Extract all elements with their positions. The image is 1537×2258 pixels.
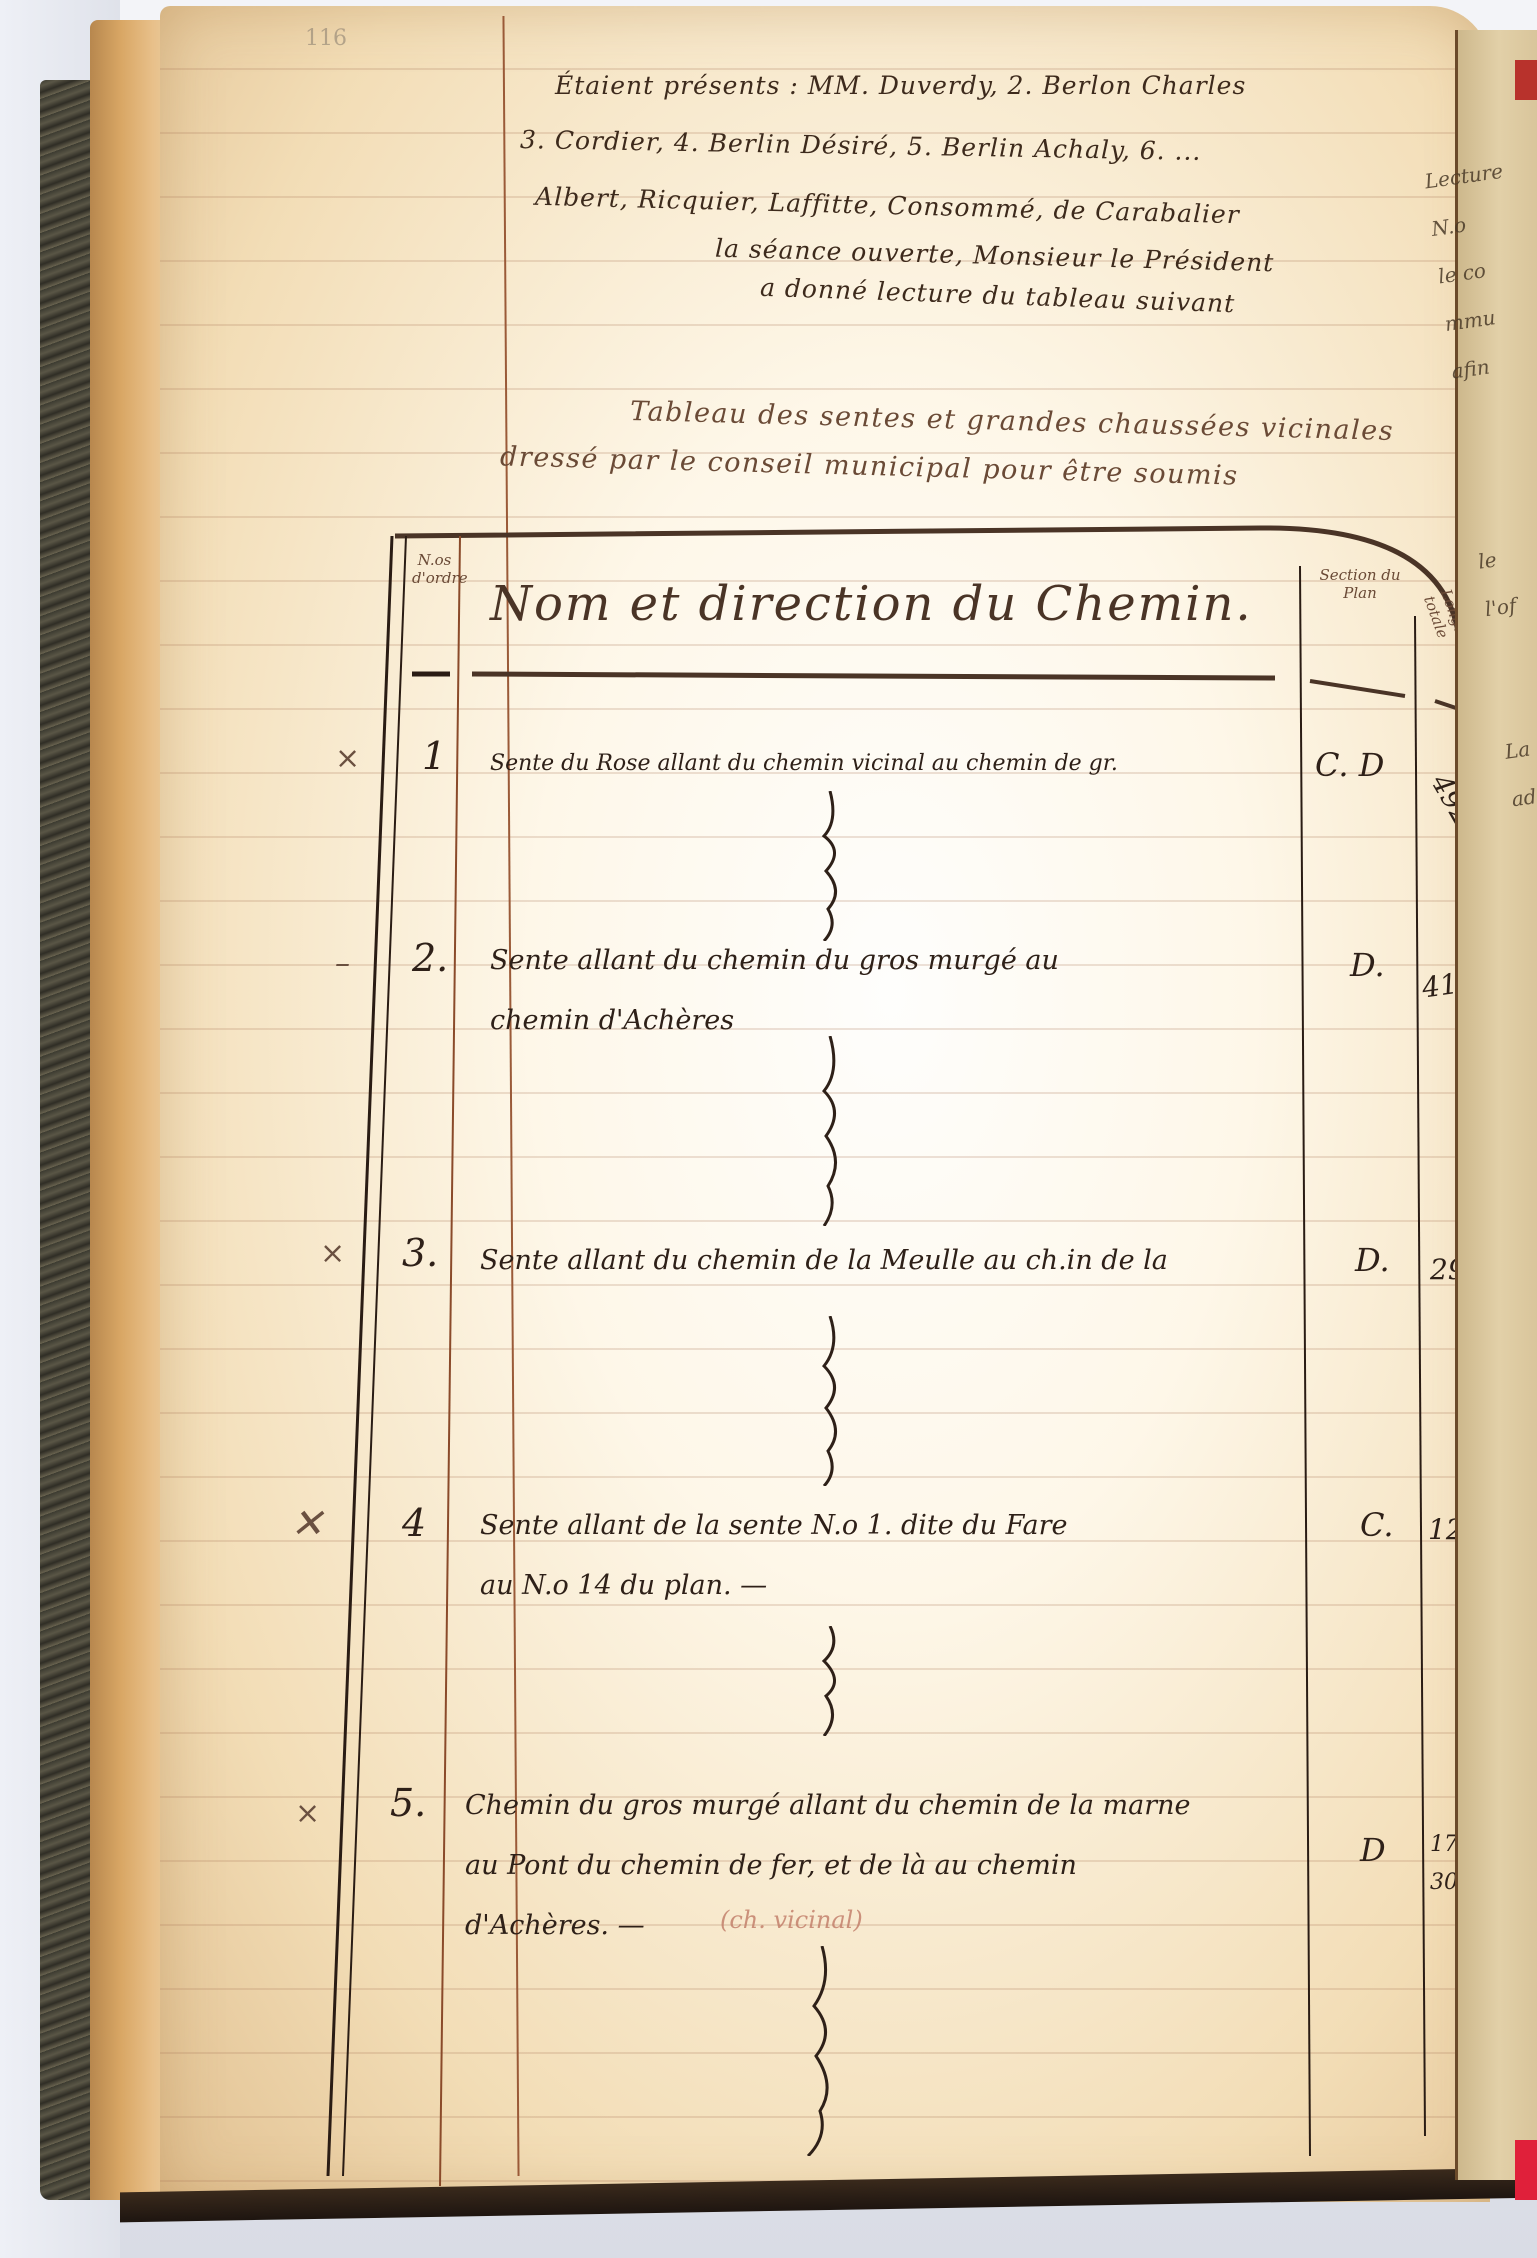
row-5-annotation: (ch. vicinal) — [720, 1906, 863, 1934]
header-section: Section du Plan — [1310, 566, 1410, 602]
row-3-brace — [810, 1316, 850, 1486]
row-5-section: D — [1360, 1831, 1386, 1869]
row-4-section: C. — [1360, 1506, 1394, 1544]
row-4-brace — [810, 1626, 850, 1736]
row-2-brace — [810, 1036, 850, 1226]
row-2-name: Sente allant du chemin du gros murgé au … — [490, 931, 1059, 1051]
ledger-page: 116 Étaient présents : MM. Duverdy, 2. B… — [160, 6, 1490, 2202]
red-edge-bottom — [1515, 2140, 1537, 2200]
row-4-name: Sente allant de la sente N.o 1. dite du … — [480, 1496, 1068, 1616]
row-2-section: D. — [1350, 946, 1385, 984]
row-2-number: 2. — [412, 936, 448, 980]
red-edge-top — [1515, 60, 1537, 100]
row-5-number: 5. — [390, 1781, 426, 1825]
row-2-check-mark: – — [335, 946, 350, 981]
row-1-section: C. D — [1315, 746, 1384, 784]
header-name: Nom et direction du Chemin. — [490, 576, 1253, 632]
row-4-number: 4 — [402, 1501, 426, 1545]
row-3-check-mark: × — [320, 1236, 345, 1271]
ledger-book: 116 Étaient présents : MM. Duverdy, 2. B… — [40, 0, 1537, 2210]
row-5-brace — [800, 1946, 840, 2156]
row-3-section: D. — [1355, 1241, 1390, 1279]
row-1-brace — [810, 791, 850, 941]
row-3-name: Sente allant du chemin de la Meulle au c… — [480, 1231, 1168, 1291]
row-1-check-mark: × — [335, 741, 360, 776]
row-3-number: 3. — [402, 1231, 438, 1275]
row-4-check-mark: ✕ — [290, 1501, 324, 1547]
row-1-number: 1 — [422, 734, 446, 778]
row-5-check-mark: × — [295, 1796, 320, 1831]
header-number: N.os d'ordre — [412, 551, 457, 587]
row-1-name: Sente du Rose allant du chemin vicinal a… — [490, 734, 1118, 794]
